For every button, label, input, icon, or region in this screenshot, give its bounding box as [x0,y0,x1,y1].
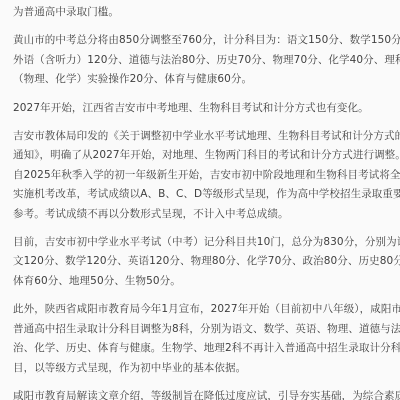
text-line: 实施机考改革，考试成绩以A、B、C、D等级形式呈现，作为高中学校招生录取重要 [13,185,400,204]
text-line: （物理、化学）实验操作20分、体育与健康60分。 [13,70,400,89]
text-line: 通知》，明确了从2027年开始，对地理、生物两门科目的考试和计分方式进行调整。 [13,146,400,165]
text-line: 目，以等级方式呈现，作为初中毕业的基本依据。 [13,359,400,378]
text-line: 参考。考试成绩不再以分数形式呈现，不计入中考总成绩。 [13,205,400,224]
text-line: 自2025年秋季入学的初一年级新生开始，吉安市初中阶段地理和生物科目考试将全面 [13,166,400,185]
text-line: 目前，吉安市初中学业水平考试（中考）记分科目共10门，总分为830分，分别为语 [13,233,400,252]
text-line: 吉安市教体局印发的《关于调整初中学业水平考试地理、生物科目考试和计分方式的 [13,127,400,146]
paragraph: 吉安市教体局印发的《关于调整初中学业水平考试地理、生物科目考试和计分方式的通知》… [13,127,400,224]
text-line: 文120分、数学120分、英语120分、物理80分、化学70分、政治80分、历史… [13,252,400,271]
text-line: 普通高中招生录取计分科目调整为8科，分别为语文、数学、英语、物理、道德与法 [13,320,400,339]
text-line: 治、化学、历史、体育与健康。生物学、地理2科不再计入普通高中招生录取计分科 [13,339,400,358]
text-line: 体育60分、地理50分、生物50分。 [13,272,400,291]
paragraph: 为普通高中录取门槛。 [13,3,400,22]
paragraph: 此外，陕西省咸阳市教育局今年1月宣布，2027年开始（目前初中八年级），咸阳市普… [13,300,400,378]
article-page: 为普通高中录取门槛。黄山市的中考总分将由850分调整至760分，计分科目为：语文… [0,0,400,400]
text-line: 咸阳市教育局解读文章介绍，等级制旨在降低过度应试，引导夯实基础，为综合素质 [13,387,400,400]
paragraph: 咸阳市教育局解读文章介绍，等级制旨在降低过度应试，引导夯实基础，为综合素质 [13,387,400,400]
paragraph: 黄山市的中考总分将由850分调整至760分，计分科目为：语文150分、数学150… [13,31,400,89]
article-body: 为普通高中录取门槛。黄山市的中考总分将由850分调整至760分，计分科目为：语文… [13,3,400,400]
text-line: 为普通高中录取门槛。 [13,3,400,22]
text-line: 此外，陕西省咸阳市教育局今年1月宣布，2027年开始（目前初中八年级），咸阳市 [13,300,400,319]
text-line: 外语（含听力）120分、道德与法治80分、历史70分、物理70分、化学40分、理… [13,51,400,70]
text-line: 2027年开始，江西省吉安市中考地理、生物科目考试和计分方式也有变化。 [13,99,400,118]
text-line: 黄山市的中考总分将由850分调整至760分，计分科目为：语文150分、数学150… [13,31,400,50]
paragraph: 2027年开始，江西省吉安市中考地理、生物科目考试和计分方式也有变化。 [13,99,400,118]
paragraph: 目前，吉安市初中学业水平考试（中考）记分科目共10门，总分为830分，分别为语文… [13,233,400,291]
